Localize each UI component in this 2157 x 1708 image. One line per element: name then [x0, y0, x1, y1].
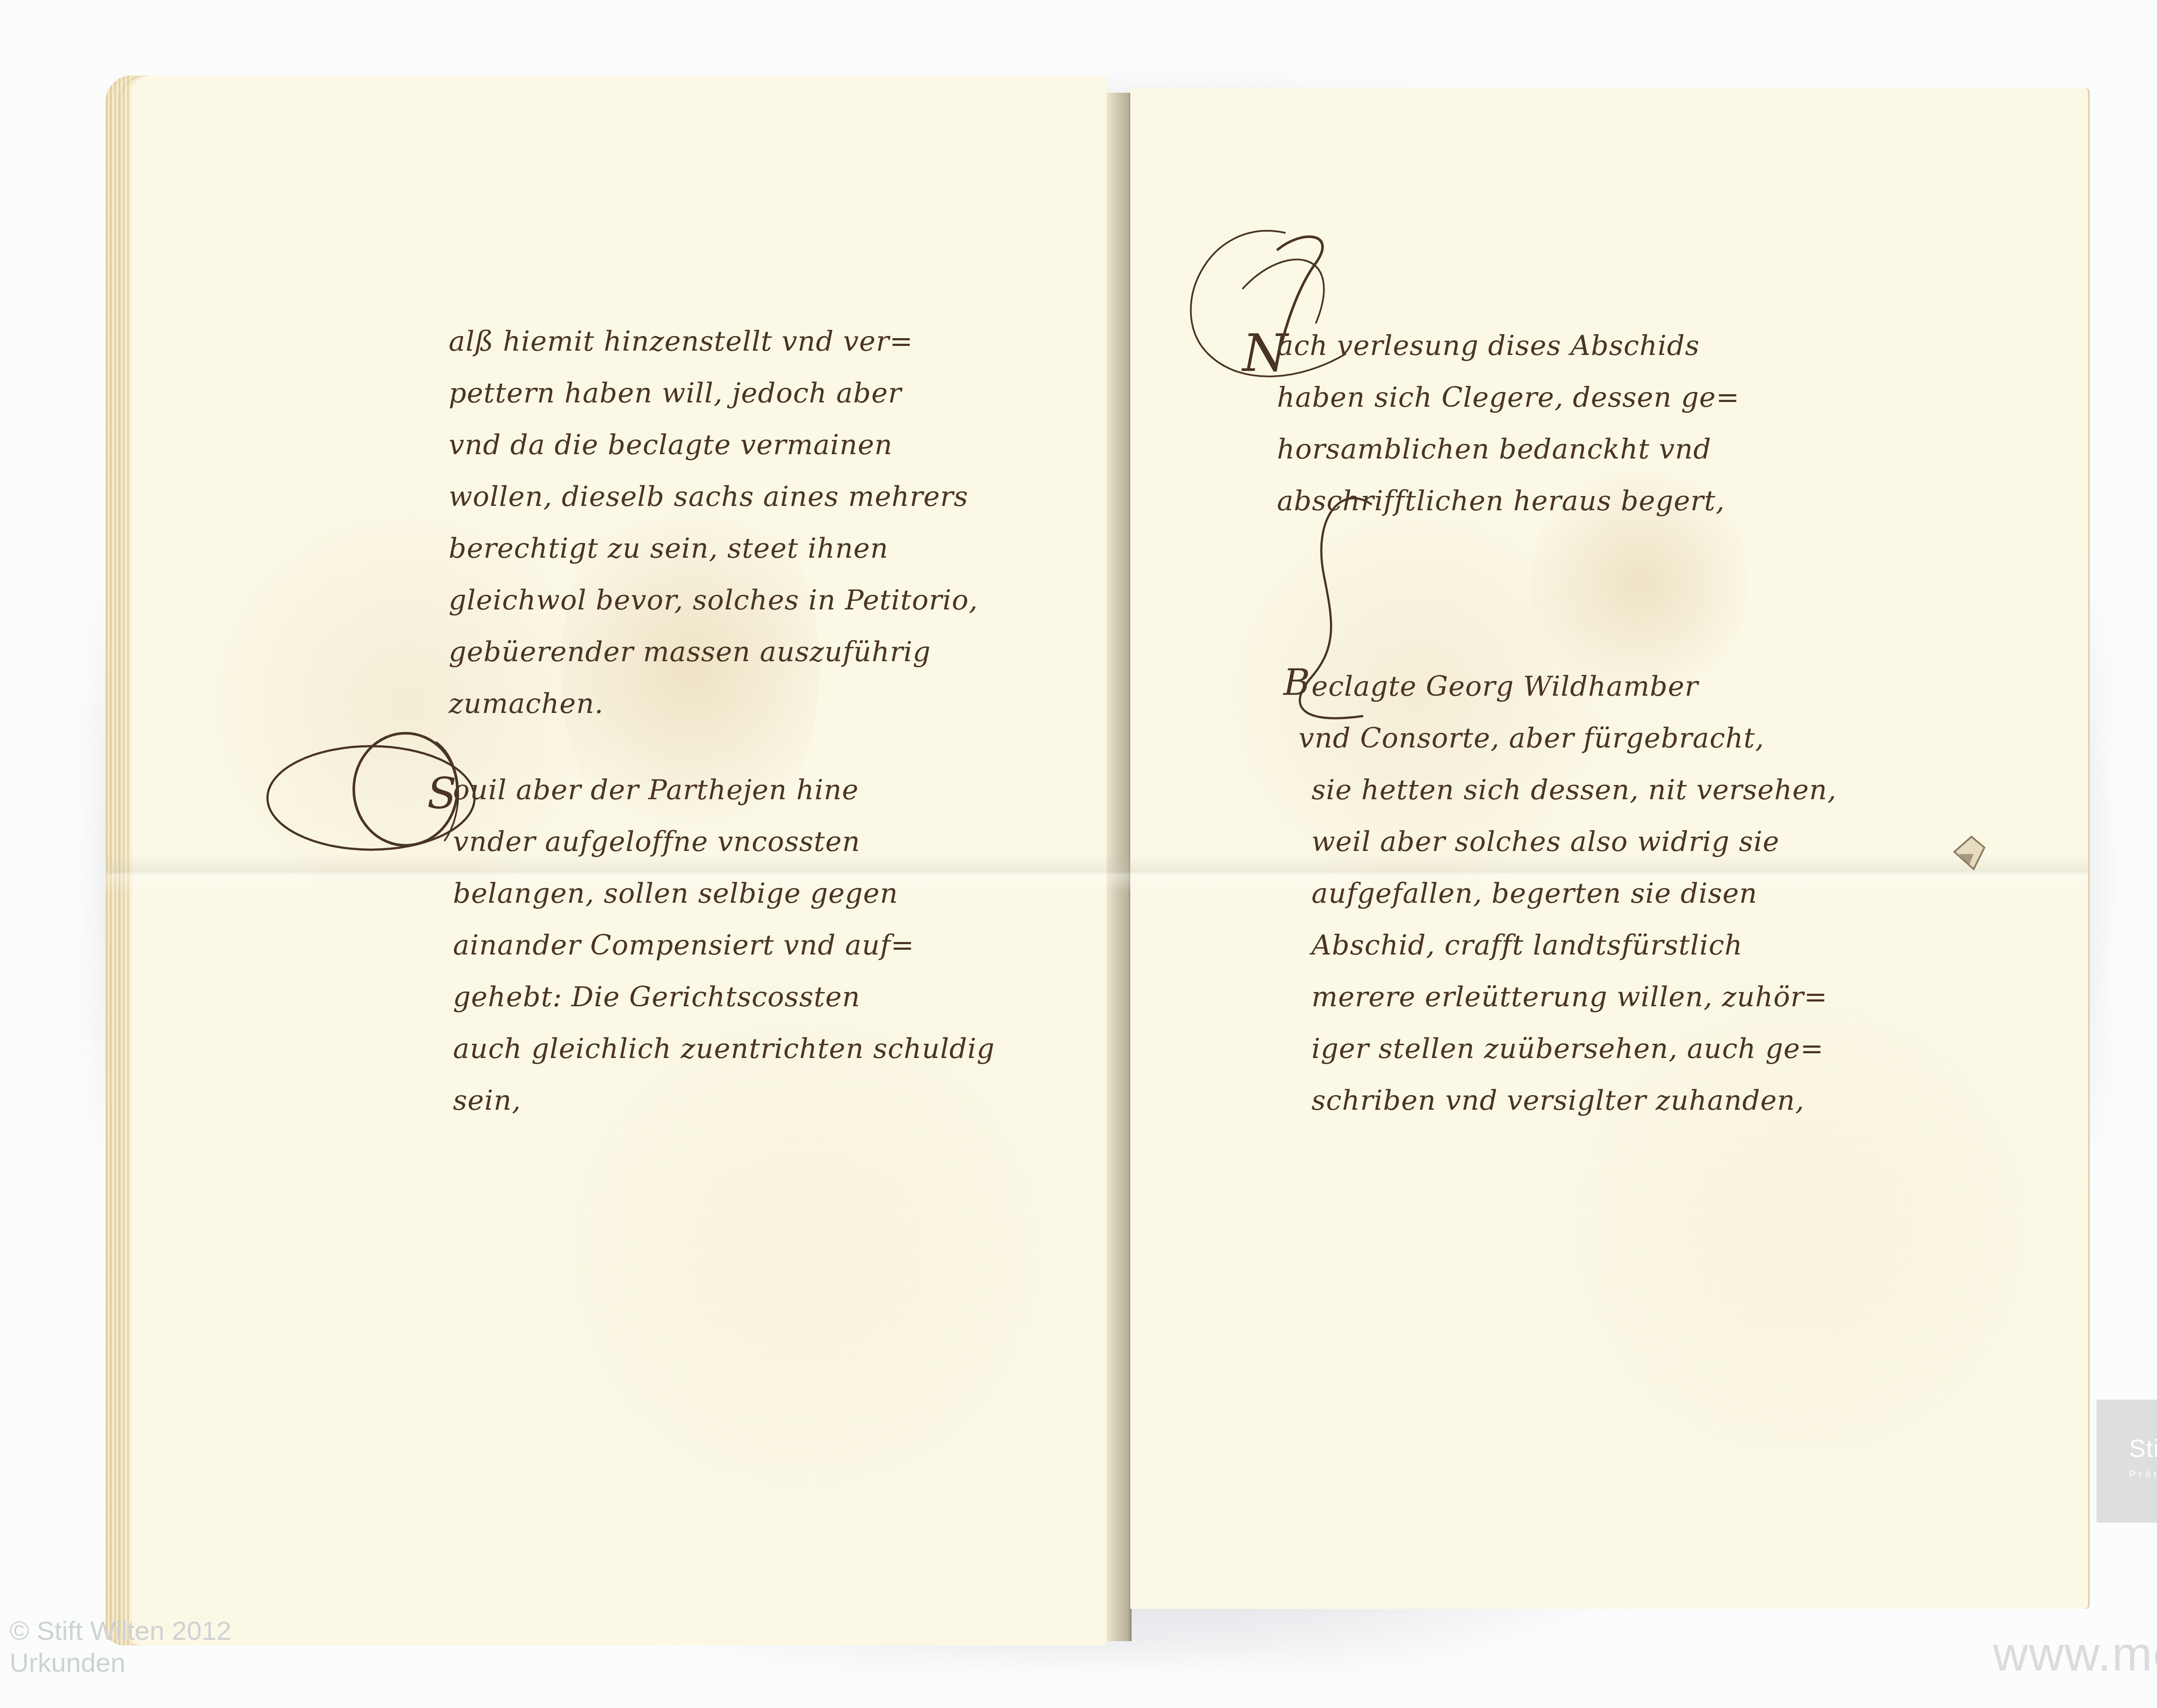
manuscript-line: eclagte Georg Wildhamber [1311, 673, 1698, 700]
manuscript-line: horsamblichen bedanckht vnd [1277, 436, 1711, 463]
collection-line: Urkunden [9, 1647, 231, 1679]
manuscript-line: auch gleichlich zuentrichten schuldig [453, 1035, 995, 1063]
manuscript-line: merere erleütterung willen, zuhör= [1311, 983, 1827, 1011]
paper-tear-icon [1950, 828, 2002, 876]
manuscript-line: gebüerender massen auszuführig [449, 638, 931, 666]
manuscript-line: vnd Consorte, aber fürgebracht, [1299, 725, 1764, 752]
manuscript-line: haben sich Clegere, dessen ge= [1277, 384, 1739, 411]
manuscript-line: Abschid, crafft landtsfürstlich [1311, 932, 1743, 959]
manuscript-line: aufgefallen, begerten sie disen [1311, 880, 1758, 907]
manuscript-line: vnd da die beclagte vermainen [449, 431, 893, 459]
manuscript-line: gleichwol bevor, solches in Petitorio, [449, 587, 978, 614]
manuscript-line: sie hetten sich dessen, nit versehen, [1311, 776, 1836, 804]
archive-name: Stift Wilten [2129, 1434, 2157, 1463]
manuscript-line: belangen, sollen selbige gegen [453, 880, 898, 907]
manuscript-line: ouil aber der Parthejen hine [453, 776, 859, 804]
manuscript-line: sein, [453, 1087, 521, 1115]
manuscript-line: gehebt: Die Gerichtscossten [453, 983, 860, 1011]
archive-subtitle: Prämonstratenser Chorherren [2129, 1469, 2157, 1481]
copyright-watermark: © Stift Wilten 2012 Urkunden [9, 1615, 231, 1680]
site-watermark: www.monasterium.net [1993, 1626, 2157, 1682]
manuscript-line: weil aber solches also widrig sie [1311, 828, 1780, 856]
manuscript-line: alß hiemit hinzenstellt vnd ver= [449, 328, 913, 355]
manuscript-line: vnder aufgeloffne vncossten [453, 828, 860, 856]
copyright-line: © Stift Wilten 2012 [9, 1615, 231, 1647]
manuscript-line: ach verlesung dises Abschids [1277, 332, 1700, 360]
initial-letter: B [1283, 664, 1310, 700]
manuscript-line: berechtigt zu sein, steet ihnen [449, 535, 888, 562]
manuscript-line: zumachen. [449, 690, 604, 718]
manuscript-line: iger stellen zuübersehen, auch ge= [1311, 1035, 1824, 1063]
manuscript-line: schriben vnd versiglter zuhanden, [1311, 1087, 1805, 1115]
manuscript-line: ainander Compensiert vnd auf= [453, 932, 914, 959]
initial-letter: S [427, 772, 457, 815]
manuscript-line: wollen, dieselb sachs aines mehrers [449, 483, 968, 511]
manuscript-line: pettern haben will, jedoch aber [449, 380, 902, 407]
